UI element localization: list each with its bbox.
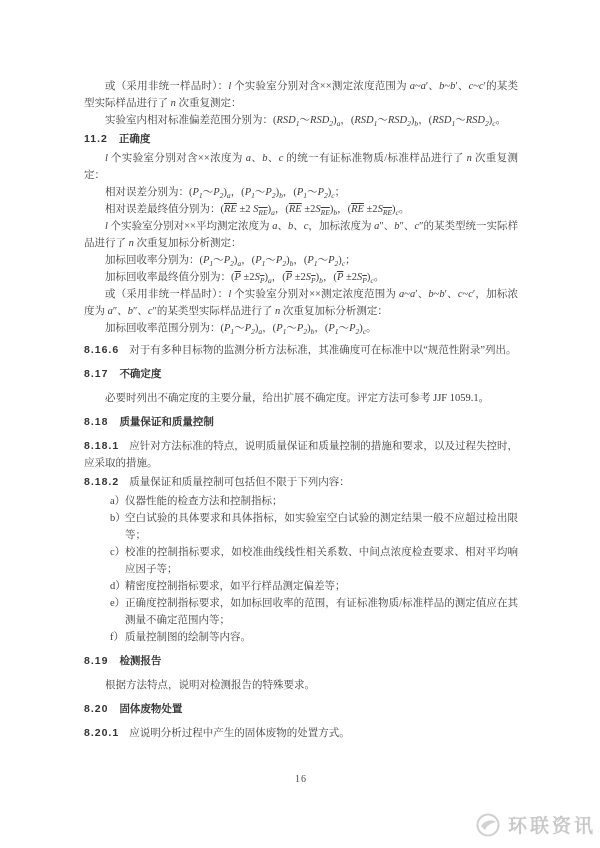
doc-heading: 8.18质量保证和质量控制 bbox=[84, 414, 518, 431]
doc-para: 必要时列出不确定度的主要分量，给出扩展不确定度。评定方法可参考 JJF 1059… bbox=[84, 390, 518, 407]
doc-list: e）正确度控制指标要求，如加标回收率的范围，有证标准物质/标准样品的测定值应在其… bbox=[84, 595, 518, 629]
doc-clause: 8.20.1应说明分析过程中产生的固体废物的处置方式。 bbox=[84, 725, 518, 742]
doc-para: 实验室内相对标准偏差范围分别为：(RSD1～RSD2)a，(RSD1～RSD2)… bbox=[84, 112, 518, 129]
doc-clause: 8.16.6对于有多种目标物的监测分析方法标准，其准确度可在标准中以“规范性附录… bbox=[84, 342, 518, 359]
list-marker: a） bbox=[110, 493, 125, 510]
document-page: 或（采用非统一样品时）：l 个实验室分别对含××测定浓度范围为 a~a′、b~b… bbox=[0, 0, 600, 848]
list-marker: f） bbox=[110, 629, 124, 646]
list-marker: c） bbox=[110, 544, 125, 561]
doc-list: d）精密度控制指标要求，如平行样品测定偏差等； bbox=[84, 578, 518, 595]
list-marker: d） bbox=[110, 578, 126, 595]
globe-swoosh-icon bbox=[475, 812, 501, 838]
doc-heading: 8.19检测报告 bbox=[84, 653, 518, 670]
doc-list: c）校准的控制指标要求，如校准曲线线性相关系数、中间点浓度检查要求、相对平均响应… bbox=[84, 544, 518, 578]
doc-para: 或（采用非统一样品时）：l 个实验室分别对××测定浓度范围为 a~a′、b~b′… bbox=[84, 286, 518, 320]
doc-heading: 8.20固体废物处置 bbox=[84, 701, 518, 718]
watermark-label: 环联资讯 bbox=[508, 811, 596, 838]
doc-heading: 8.17不确定度 bbox=[84, 366, 518, 383]
doc-para: l 个实验室分别对含××浓度为 a、b、c 的统一有证标准物质/标准样品进行了 … bbox=[84, 150, 518, 184]
doc-para: 加标回收率范围分别为：(P1～P2)a，(P1～P2)b，(P1～P2)c。 bbox=[84, 320, 518, 337]
doc-heading: 11.2正确度 bbox=[84, 131, 518, 148]
doc-para: 加标回收率最终值分别为：(P ±2SP)a，(P ±2SP)b，(P ±2SP)… bbox=[84, 269, 518, 286]
doc-para: 根据方法特点，说明对检测报告的特殊要求。 bbox=[84, 677, 518, 694]
list-marker: e） bbox=[110, 595, 125, 612]
page-number: 16 bbox=[84, 774, 518, 785]
doc-clause: 8.18.1应针对方法标准的特点，说明质量保证和质量控制的措施和要求，以及过程失… bbox=[84, 438, 518, 472]
doc-para: l 个实验室分别对××平均测定浓度为 a、b、c，加标浓度为 a″、b″、c″的… bbox=[84, 218, 518, 252]
document-content: 或（采用非统一样品时）：l 个实验室分别对含××测定浓度范围为 a~a′、b~b… bbox=[84, 78, 518, 744]
doc-para: 相对误差分别为：(P1～P2)a，(P1～P2)b，(P1～P2)c； bbox=[84, 184, 518, 201]
doc-para: 相对误差最终值分别为：(RE ±2 SRE)a，(RE ±2SRE)b，(RE … bbox=[84, 201, 518, 218]
doc-para: 或（采用非统一样品时）：l 个实验室分别对含××测定浓度范围为 a~a′、b~b… bbox=[84, 78, 518, 112]
doc-list: b）空白试验的具体要求和具体指标，如实验室空白试验的测定结果一般不应超过检出限等… bbox=[84, 510, 518, 544]
doc-list: a）仪器性能的检查方法和控制指标； bbox=[84, 493, 518, 510]
doc-clause: 8.18.2质量保证和质量控制可包括但不限于下列内容： bbox=[84, 474, 518, 491]
doc-list: f）质量控制图的绘制等内容。 bbox=[84, 629, 518, 646]
list-marker: b） bbox=[110, 510, 126, 527]
watermark: 环联资讯 bbox=[475, 811, 596, 838]
doc-para: 加标回收率分别为：(P1～P2)a，(P1～P2)b，(P1～P2)c； bbox=[84, 252, 518, 269]
